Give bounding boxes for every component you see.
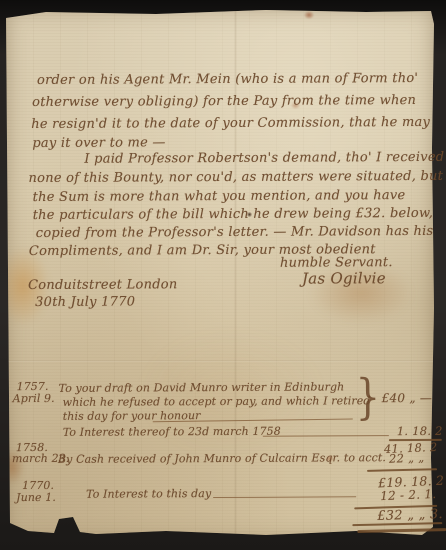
place-line: Conduitstreet London: [28, 277, 178, 293]
letter-line: I paid Professor Robertson's demand, tho…: [84, 150, 444, 167]
account-entry-text: To Interest to this day: [86, 487, 211, 501]
account-amount: 22 „ „: [389, 450, 425, 465]
account-section: 1757. April 9. To your draft on David Mu…: [0, 0, 445, 1]
letter-line: order on his Agent Mr. Mein (who is a ma…: [37, 71, 418, 88]
signature: Jas Ogilvie: [302, 269, 386, 287]
letter-line: none of this Bounty, nor cou'd, as matte…: [28, 169, 443, 186]
letter-line: he resign'd it to the date of your Commi…: [31, 115, 430, 132]
letter-line: copied from the Professor's letter. — Mr…: [36, 224, 434, 241]
account-entry-day: April 9.: [13, 392, 55, 405]
letter-line: the Sum is more than what you mention, a…: [33, 188, 406, 205]
account-amount: 12 - 2. 1.: [380, 487, 437, 503]
letter-line: pay it over to me —: [32, 135, 165, 151]
account-entry-text: To your draft on David Munro writer in E…: [59, 380, 345, 394]
account-entry-text: By Cash received of John Munro of Culcai…: [58, 451, 386, 466]
ink-rule: [352, 522, 442, 526]
letter-line: otherwise very obliging) for the Pay fro…: [32, 93, 416, 110]
ink-rule: [213, 496, 356, 498]
account-entry-text: which he refused to accept or pay, and w…: [63, 394, 371, 409]
ink-rule: [263, 435, 389, 437]
account-amount: £40 „ —: [382, 391, 433, 405]
ink-rule: [357, 528, 446, 533]
letter-photo: order on his Agent Mr. Mein (who is a ma…: [0, 0, 446, 550]
letter-text-layer: order on his Agent Mr. Mein (who is a ma…: [0, 0, 446, 550]
account-brace: }: [356, 377, 381, 417]
letter-line: the particulars of the bill which he dre…: [33, 206, 434, 223]
account-entry-text: To Interest thereof to 23d march 1758: [63, 425, 281, 439]
date-line: 30th July 1770: [35, 294, 135, 310]
account-entry-day: June 1.: [16, 491, 56, 504]
account-amount: 1. 18. 2: [397, 424, 443, 438]
ink-rule: [367, 468, 437, 471]
